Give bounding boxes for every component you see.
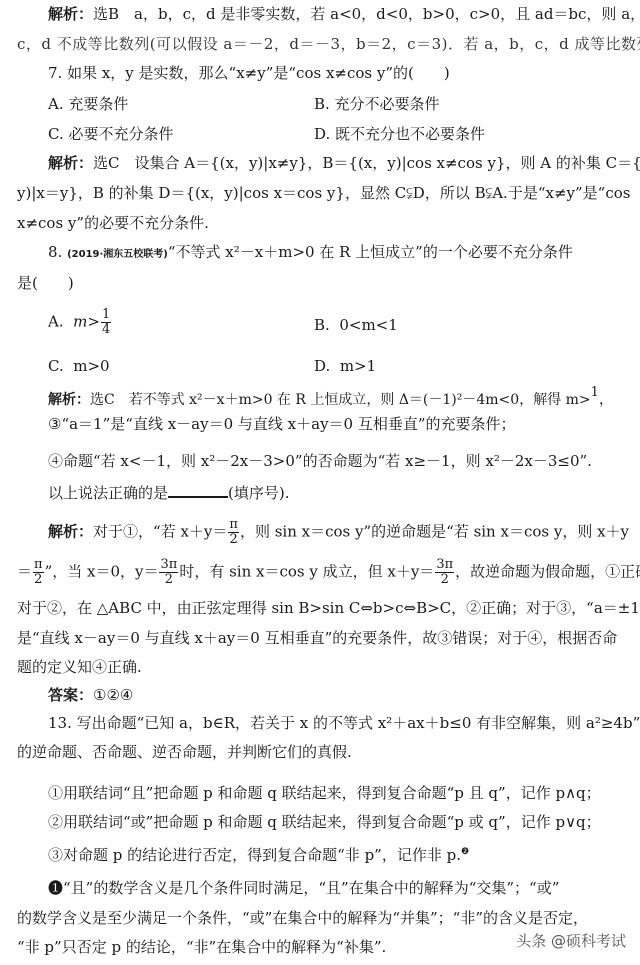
q12-analysis-line3: 对于②，在 △ABC 中，由正弦定理得 sin B>sin C⇔b>c⇔B>C，… [17,598,640,618]
analysis-label: 解析： [48,5,93,23]
q7-analysis-line1: 解析：选C 设集合 A＝{(x，y)|x≠y}，B＝{(x，y)|cos x≠c… [48,153,640,173]
q8-stem-line2: 是( ) [17,273,74,293]
q6-analysis-line1: 解析：选B a，b，c，d 是非零实数，若 a<0，d<0，b>0，c>0，且 … [48,4,640,24]
footnote-marker-icon: ❶ [48,879,63,897]
q8-option-d: D. m>1 [314,356,376,376]
q12-answer: 答案：①②④ [48,685,133,705]
analysis-label: 解析： [48,523,93,541]
q7-option-a: A. 充要条件 [48,94,128,114]
q8-source: (2019·湘东五校联考) [67,249,168,260]
note-line2: 的数学含义是至少满足一个条件，“或”在集合中的解释为“并集”；“非”的含义是否定… [17,908,588,928]
q7-option-b: B. 充分不必要条件 [314,94,440,114]
q12-analysis-line1: 解析：对于①，“若 x＋y＝π2，则 sin x＝cos y”的逆命题是“若 s… [48,518,629,547]
analysis-label: 解析： [48,154,93,172]
q12-analysis-line2: ＝π2”，当 x＝0，y＝3π2时，有 sin x＝cos y 成立，但 x＋y… [17,558,640,587]
q13-line2: 的逆命题、否命题、逆否命题，并判断它们的真假. [17,742,352,762]
analysis-label: 解析： [48,392,90,408]
q8-stem: 8. (2019·湘东五校联考)“不等式 x²－x＋m>0 在 R 上恒成立”的… [48,242,573,265]
q8-option-c: C. m>0 [48,356,110,376]
note-line3: “非 p”只否定 p 的结论，“非”在集合中的解释为“补集”. [17,937,386,957]
connective-item1: ①用联结词“且”把命题 p 和命题 q 联结起来，得到复合命题“p 且 q”，记… [48,783,601,803]
watermark: 头条 @硕科考试 [516,930,626,951]
q13-line1: 13. 写出命题“已知 a，b∈R，若关于 x 的不等式 x²＋ax＋b≤0 有… [48,713,640,733]
answer-label: 答案： [48,686,93,704]
q12-item4: ④命题“若 x<－1，则 x²－2x－3>0”的否命题为“若 x≥－1，则 x²… [48,451,592,471]
q7-stem: 7. 如果 x，y 是实数，那么“x≠y”是“cos x≠cos y”的( ) [48,63,450,83]
q7-analysis-line2: y)|x＝y}，B 的补集 D＝{(x，y)|cos x＝cos y}，显然 C… [17,183,630,203]
fraction: 3π2 [435,558,454,587]
footnote-ref-icon: ❷ [461,847,469,857]
fraction: 3π2 [159,558,178,587]
connective-item2: ②用联结词“或”把命题 p 和命题 q 联结起来，得到复合命题“p 或 q”，记… [48,812,601,832]
q12-prompt: 以上说法正确的是(填序号). [48,482,290,503]
fraction: π2 [33,558,44,587]
q7-option-d: D. 既不充分也不必要条件 [314,124,485,144]
q7-option-c: C. 必要不充分条件 [48,124,173,144]
q8-option-a: A. m>14 [48,308,112,337]
q12-analysis-line5: 题的定义知④正确. [17,657,142,677]
answer-blank [168,482,228,498]
q12-analysis-line4: 是“直线 x－ay＝0 与直线 x＋ay＝0 互相垂直”的充要条件，故③错误；对… [17,628,617,648]
q8-option-b: B. 0<m<1 [314,315,398,335]
connective-item3: ③对命题 p 的结论进行否定，得到复合命题“非 p”，记作非 p.❷ [48,842,469,865]
note-line1: ❶“且”的数学含义是几个条件同时满足，“且”在集合中的解释为“交集”；“或” [48,878,559,898]
q7-analysis-line3: x≠cos y”的必要不充分条件. [17,213,209,233]
q12-item3: ③“a＝1”是“直线 x－ay＝0 与直线 x＋ay＝0 互相垂直”的充要条件； [48,414,516,434]
fraction: π2 [228,518,239,547]
q6-analysis-line2: c，d 不成等比数列(可以假设 a＝－2，d＝－3，b＝2，c＝3)．若 a，b… [17,34,640,54]
q8-analysis-line1: 解析：选C 若不等式 x²－x＋m>0 在 R 上恒成立，则 Δ＝(－1)²－4… [48,390,613,411]
fraction: 14 [101,308,111,337]
